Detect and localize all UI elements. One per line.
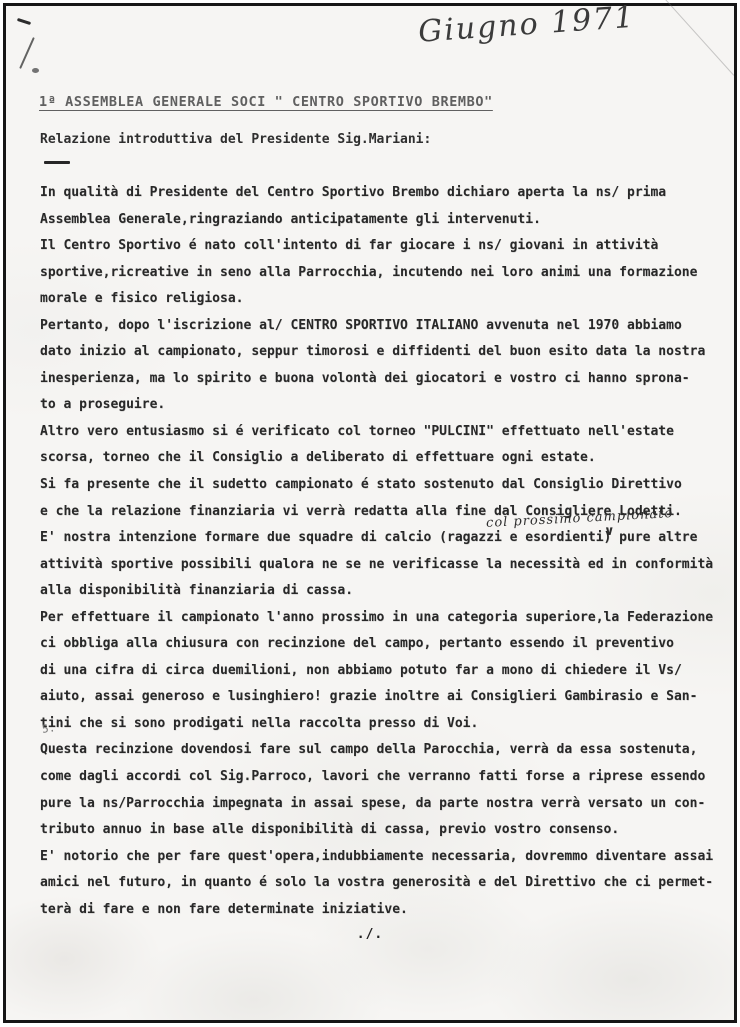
typed-line: alla disponibilità finanziaria di cassa. [40,578,730,605]
typed-line: di una cifra di circa duemilioni, non ab… [40,658,730,685]
typed-line: Si fa presente che il sudetto campionato… [40,472,730,499]
typed-line: come dagli accordi col Sig.Parroco, lavo… [40,764,730,791]
typed-line: tributo annuo in base alle disponibilità… [40,817,730,844]
typed-line: Per effettuare il campionato l'anno pros… [40,605,730,632]
typed-line: to a proseguire. [40,392,730,419]
typed-line: attività sportive possibili qualora ne s… [40,552,730,579]
ink-mark [32,68,39,73]
typed-line: Assemblea Generale,ringraziando anticipa… [40,207,730,234]
ink-mark [19,37,35,69]
divider-dash [44,161,70,164]
document-body: In qualità di Presidente del Centro Spor… [40,180,730,923]
scanned-document-page: Giugno 1971 1ª ASSEMBLEA GENERALE SOCI "… [0,0,740,1027]
margin-note: 5. [41,721,56,736]
typed-line: amici nel futuro, in quanto é solo la vo… [40,870,730,897]
typed-line: Altro vero entusiasmo si é verificato co… [40,419,730,446]
typed-line: inesperienza, ma lo spirito e buona volo… [40,366,730,393]
typed-line: E' nostra intenzione formare due squadre… [40,525,730,552]
document-subtitle: Relazione introduttiva del Presidente Si… [40,132,431,147]
typed-line: tini che si sono prodigati nella raccolt… [40,711,730,738]
typed-line: aiuto, assai generoso e lusinghiero! gra… [40,684,730,711]
document-title: 1ª ASSEMBLEA GENERALE SOCI " CENTRO SPOR… [39,94,493,110]
insertion-caret-mark: ∨ [604,524,615,539]
typed-line: dato inizio al campionato, seppur timoro… [40,339,730,366]
scan-border-frame: Giugno 1971 1ª ASSEMBLEA GENERALE SOCI "… [3,3,737,1023]
typed-line: Questa recinzione dovendosi fare sul cam… [40,737,730,764]
typed-line: sportive,ricreative in seno alla Parrocc… [40,260,730,287]
typed-line: E' notorio che per fare quest'opera,indu… [40,844,730,871]
handwritten-date: Giugno 1971 [417,0,729,50]
ink-mark [17,18,31,25]
typed-line: pure la ns/Parrocchia impegnata in assai… [40,791,730,818]
end-of-page-mark: ./. [6,927,734,942]
typed-line: scorsa, torneo che il Consiglio a delibe… [40,445,730,472]
typed-line: ci obbliga alla chiusura con recinzione … [40,631,730,658]
typed-line: Il Centro Sportivo é nato coll'intento d… [40,233,730,260]
typed-line: morale e fisico religiosa. [40,286,730,313]
typed-line: terà di fare e non fare determinate iniz… [40,897,730,924]
typed-line: In qualità di Presidente del Centro Spor… [40,180,730,207]
typed-line: Pertanto, dopo l'iscrizione al/ CENTRO S… [40,313,730,340]
